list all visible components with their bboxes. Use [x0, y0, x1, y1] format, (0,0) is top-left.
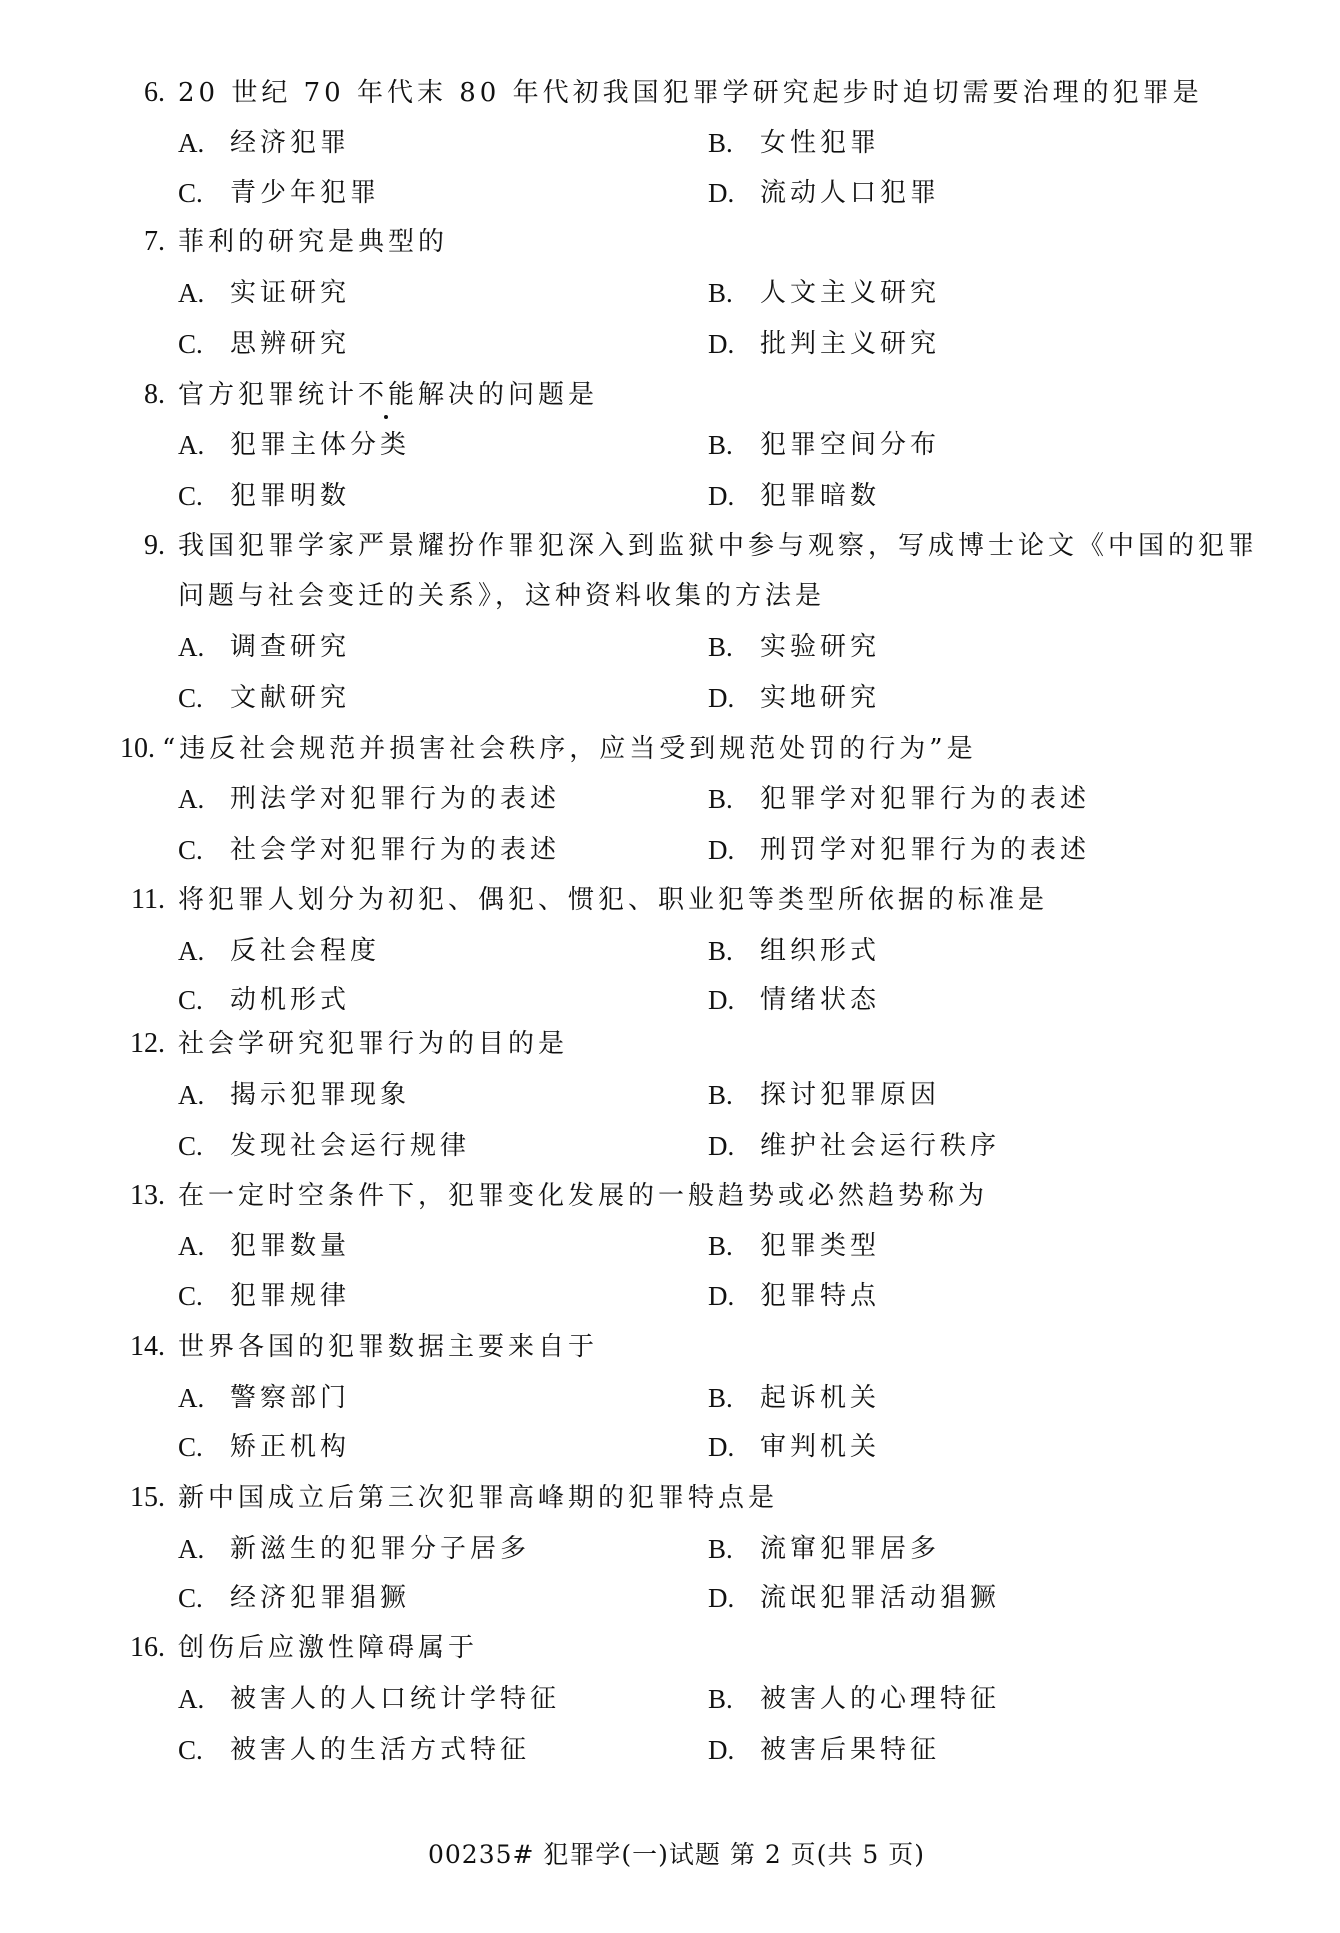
option-c: C.社会学对犯罪行为的表述 — [178, 830, 698, 870]
question-number: 11. — [115, 880, 165, 920]
question-number: 14. — [115, 1327, 165, 1367]
question-14: 14. 世界各国的犯罪数据主要来自于 — [0, 1327, 1340, 1367]
question-number: 10. — [105, 729, 155, 769]
question-text: “违反社会规范并损害社会秩序，应当受到规范处罚的行为”是 — [162, 729, 977, 769]
question-number: 15. — [115, 1478, 165, 1518]
question-text: 社会学研究犯罪行为的目的是 — [178, 1024, 568, 1064]
option-d: D.批判主义研究 — [708, 324, 1208, 364]
option-a: A.被害人的人口统计学特征 — [178, 1679, 698, 1719]
option-b: B.被害人的心理特征 — [708, 1679, 1228, 1719]
question-text: 20 世纪 70 年代末 80 年代初我国犯罪学研究起步时迫切需要治理的犯罪是 — [178, 73, 1203, 113]
question-text: 问题与社会变迁的关系》，这种资料收集的方法是 — [178, 576, 825, 616]
question-number: 7. — [115, 222, 165, 262]
question-6: 6. 20 世纪 70 年代末 80 年代初我国犯罪学研究起步时迫切需要治理的犯… — [0, 73, 1340, 113]
option-b: B.犯罪类型 — [708, 1226, 1208, 1266]
question-text: 菲利的研究是典型的 — [178, 222, 448, 262]
question-9: 9. 我国犯罪学家严景耀扮作罪犯深入到监狱中参与观察，写成博士论文《中国的犯罪 — [0, 526, 1340, 566]
question-7: 7. 菲利的研究是典型的 — [0, 222, 1340, 262]
option-d: D.刑罚学对犯罪行为的表述 — [708, 830, 1228, 870]
emphasis-text: 不能 — [358, 375, 418, 415]
option-d: D.维护社会运行秩序 — [708, 1126, 1208, 1166]
option-a: A.实证研究 — [178, 273, 678, 313]
option-d: D.犯罪暗数 — [708, 476, 1208, 516]
option-b: B.人文主义研究 — [708, 273, 1208, 313]
option-d: D.流动人口犯罪 — [708, 173, 1208, 213]
option-c: C.经济犯罪猖獗 — [178, 1578, 698, 1618]
option-c: C.思辨研究 — [178, 324, 678, 364]
question-text: 官方犯罪统计不能解决的问题是 — [178, 375, 598, 415]
option-b: B.犯罪学对犯罪行为的表述 — [708, 779, 1228, 819]
option-a: A.经济犯罪 — [178, 123, 678, 163]
question-11: 11. 将犯罪人划分为初犯、偶犯、惯犯、职业犯等类型所依据的标准是 — [0, 880, 1340, 920]
option-d: D.流氓犯罪活动猖獗 — [708, 1578, 1228, 1618]
option-c: C.被害人的生活方式特征 — [178, 1730, 698, 1770]
option-c: C.青少年犯罪 — [178, 173, 678, 213]
question-12: 12. 社会学研究犯罪行为的目的是 — [0, 1024, 1340, 1064]
question-16: 16. 创伤后应激性障碍属于 — [0, 1628, 1340, 1668]
option-c: C.犯罪明数 — [178, 476, 678, 516]
question-text: 世界各国的犯罪数据主要来自于 — [178, 1327, 598, 1367]
question-text: 将犯罪人划分为初犯、偶犯、惯犯、职业犯等类型所依据的标准是 — [178, 880, 1048, 920]
question-13: 13. 在一定时空条件下，犯罪变化发展的一般趋势或必然趋势称为 — [0, 1176, 1340, 1216]
question-8: 8. 官方犯罪统计不能解决的问题是 — [0, 375, 1340, 415]
option-d: D.实地研究 — [708, 678, 1208, 718]
option-a: A.犯罪数量 — [178, 1226, 678, 1266]
option-b: B.实验研究 — [708, 627, 1208, 667]
question-number: 16. — [115, 1628, 165, 1668]
option-a: A.揭示犯罪现象 — [178, 1075, 678, 1115]
question-number: 9. — [115, 526, 165, 566]
option-c: C.文献研究 — [178, 678, 678, 718]
option-d: D.审判机关 — [708, 1427, 1208, 1467]
question-number: 12. — [115, 1024, 165, 1064]
option-c: C.犯罪规律 — [178, 1276, 678, 1316]
option-b: B.组织形式 — [708, 931, 1208, 971]
question-9-continued: 问题与社会变迁的关系》，这种资料收集的方法是 — [0, 576, 1340, 616]
option-c: C.动机形式 — [178, 980, 678, 1020]
page-footer: 00235# 犯罪学(一)试题 第 2 页(共 5 页) — [428, 1837, 925, 1873]
question-15: 15. 新中国成立后第三次犯罪高峰期的犯罪特点是 — [0, 1478, 1340, 1518]
option-b: B.女性犯罪 — [708, 123, 1208, 163]
option-a: A.新滋生的犯罪分子居多 — [178, 1529, 698, 1569]
option-a: A.犯罪主体分类 — [178, 425, 678, 465]
question-text: 创伤后应激性障碍属于 — [178, 1628, 478, 1668]
question-number: 6. — [115, 73, 165, 113]
option-b: B.犯罪空间分布 — [708, 425, 1208, 465]
option-d: D.被害后果特征 — [708, 1730, 1228, 1770]
question-10: 10. “违反社会规范并损害社会秩序，应当受到规范处罚的行为”是 — [0, 729, 1340, 769]
question-number: 8. — [115, 375, 165, 415]
question-text: 新中国成立后第三次犯罪高峰期的犯罪特点是 — [178, 1478, 778, 1518]
option-a: A.调查研究 — [178, 627, 678, 667]
option-a: A.刑法学对犯罪行为的表述 — [178, 779, 698, 819]
option-a: A.警察部门 — [178, 1378, 678, 1418]
question-text: 在一定时空条件下，犯罪变化发展的一般趋势或必然趋势称为 — [178, 1176, 988, 1216]
question-text: 我国犯罪学家严景耀扮作罪犯深入到监狱中参与观察，写成博士论文《中国的犯罪 — [178, 526, 1258, 566]
option-d: D.情绪状态 — [708, 980, 1208, 1020]
option-d: D.犯罪特点 — [708, 1276, 1208, 1316]
option-b: B.探讨犯罪原因 — [708, 1075, 1208, 1115]
option-b: B.流窜犯罪居多 — [708, 1529, 1228, 1569]
option-c: C.发现社会运行规律 — [178, 1126, 678, 1166]
option-b: B.起诉机关 — [708, 1378, 1208, 1418]
option-c: C.矫正机构 — [178, 1427, 678, 1467]
question-number: 13. — [115, 1176, 165, 1216]
option-a: A.反社会程度 — [178, 931, 678, 971]
